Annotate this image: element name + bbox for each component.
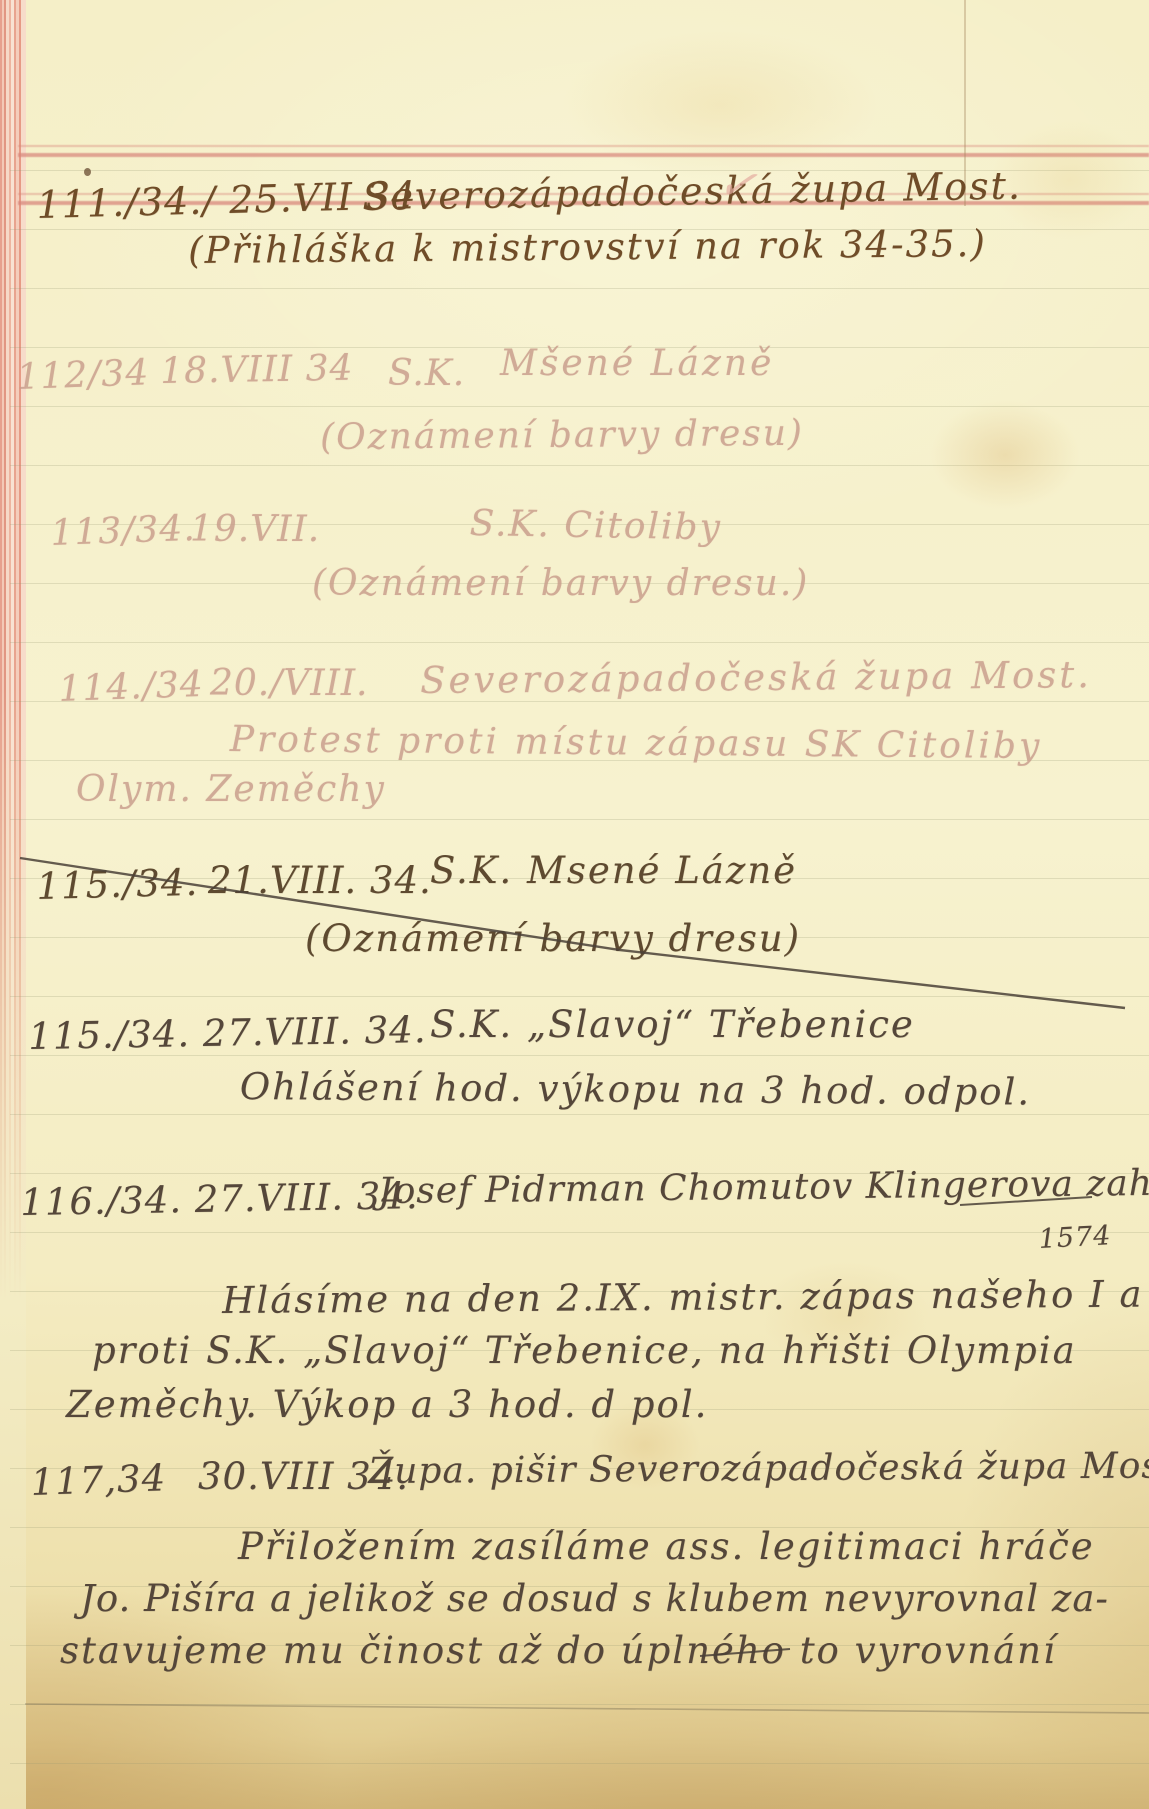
reference-number: 1574 [1038,1222,1112,1253]
red-header-rule [18,145,1149,147]
entry-113-note: (Oznámení barvy dresu.) [312,566,809,602]
entry-117-body-line1: Přiložením zasíláme ass. legitimaci hráč… [238,1528,1095,1565]
entry-113-date: 19.VII. [190,512,320,548]
entry-115-cancelled-club: S.K. Msené Lázně [430,852,797,889]
entry-116-body-line3: Zeměchy. Výkop a 3 hod. d pol. [66,1386,708,1423]
entry-114-ref: 114./34 [58,667,204,708]
entry-116-body-line1: Hlásíme na den 2.IX. mistr. zápas našeho… [222,1276,1144,1319]
entry-115-cancelled-note: (Oznámení barvy dresu) [305,920,801,957]
page-binding-edge [0,0,26,1809]
entry-111-title: Severozápadočeská župa Most. [362,166,1022,216]
entry-115-note: Ohlášení hod. výkopu na 3 hod. odpol. [240,1068,1031,1111]
entry-116-ref: 116./34. 27.VIII. 34. [20,1177,419,1221]
pencil-rule-line [25,1704,1149,1713]
entry-111-note: (Přihláška k mistrovství na rok 34-35.) [188,225,987,269]
entry-111-ref: 111./34./ 25.VII 34 [36,176,417,224]
paper-stain [560,30,880,180]
entry-112-ref: 112/34 [16,355,150,396]
paper-stain [930,400,1080,510]
entry-112-note: (Oznámení barvy dresu) [320,416,804,456]
entry-114-note2: Olym. Zeměchy [76,772,386,808]
ledger-page-scan: 111./34./ 25.VII 34 Severozápadočeská žu… [0,0,1149,1809]
entry-117-body-line2: Jo. Pišíra a jelikož se dosud s klubem n… [80,1580,1109,1617]
ink-blot [84,168,91,176]
entry-113-club: S.K. Citoliby [469,506,722,546]
entry-112-place: Mšené Lázně [500,346,774,382]
entry-117-title: Župa. pišir Severozápadočeská župa Most. [368,1448,1149,1490]
red-header-rule [18,153,1149,157]
entry-116-body-line2: proti S.K. „Slavoj“ Třebenice, na hřišti… [92,1332,1077,1369]
entry-112-club: S.K. [388,356,465,392]
entry-116-title: Josef Pidrman Chomutov Klingerova zahrad… [378,1165,1149,1210]
entry-114-title: Severozápadočeská župa Most. [420,656,1092,699]
entry-115-club: S.K. „Slavoj“ Třebenice [430,1006,915,1043]
entry-117-body-line3: stavujeme mu činost až do úplného to vyr… [60,1632,1057,1669]
entry-114-note: Protest proti místu zápasu SK Citoliby [230,722,1043,765]
entry-114-date: 20./VIII. [210,666,368,702]
entry-115-cancelled-date: 21.VIII. 34. [208,862,432,899]
entry-115-ref: 115./34. 27.VIII. 34. [28,1011,427,1055]
approval-check-mark: ✓ [714,158,761,210]
entry-117-ref: 117,34 [30,1459,167,1501]
entry-113-ref: 113/34. [50,511,196,552]
entry-112-date: 18.VIII 34 [160,351,354,390]
entry-115-cancelled-ref: 115./34. [36,864,199,905]
